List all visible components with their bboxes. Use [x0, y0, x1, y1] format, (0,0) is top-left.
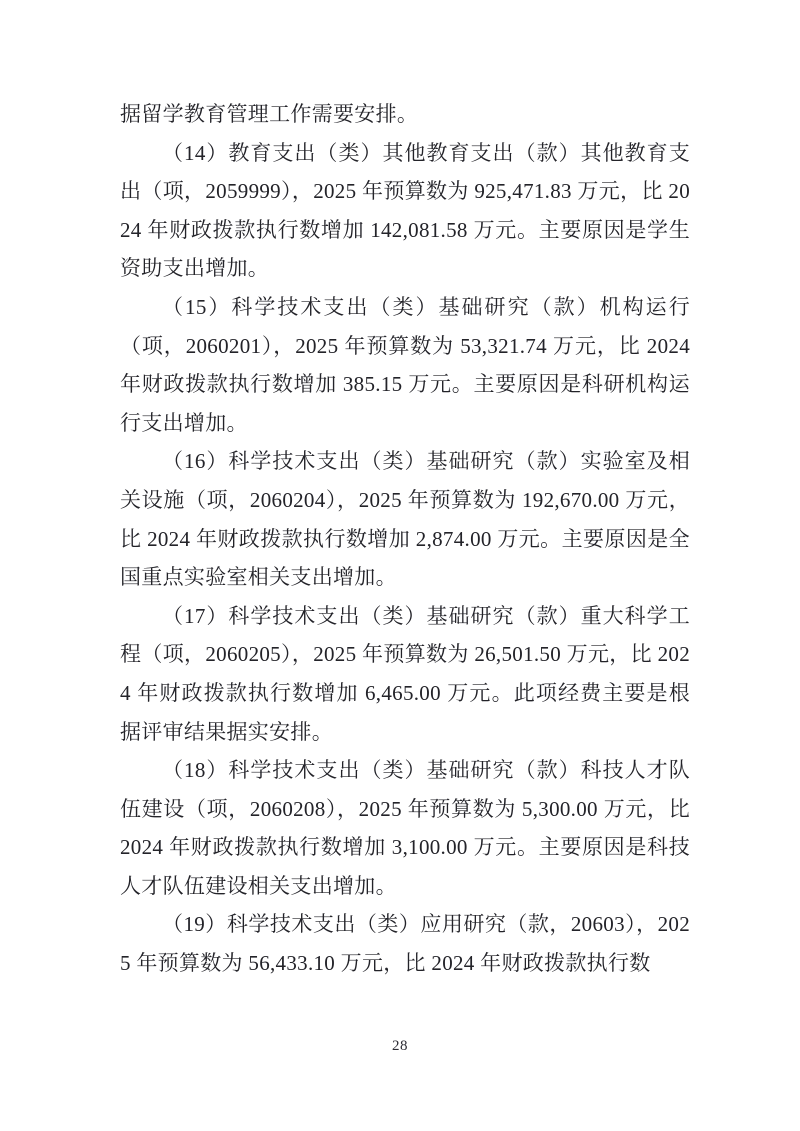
paragraph-item-14: （14）教育支出（类）其他教育支出（款）其他教育支出（项，2059999），20… — [120, 134, 690, 288]
page-number: 28 — [0, 1038, 800, 1055]
paragraph-item-16: （16）科学技术支出（类）基础研究（款）实验室及相关设施（项，2060204），… — [120, 442, 690, 596]
paragraph-item-15: （15）科学技术支出（类）基础研究（款）机构运行（项，2060201），2025… — [120, 288, 690, 442]
paragraph-item-18: （18）科学技术支出（类）基础研究（款）科技人才队伍建设（项，2060208），… — [120, 751, 690, 905]
document-page: 据留学教育管理工作需要安排。 （14）教育支出（类）其他教育支出（款）其他教育支… — [0, 0, 800, 1131]
document-body: 据留学教育管理工作需要安排。 （14）教育支出（类）其他教育支出（款）其他教育支… — [120, 95, 690, 983]
paragraph-continuation: 据留学教育管理工作需要安排。 — [120, 95, 690, 134]
paragraph-item-19: （19）科学技术支出（类）应用研究（款，20603），2025 年预算数为 56… — [120, 905, 690, 982]
paragraph-item-17: （17）科学技术支出（类）基础研究（款）重大科学工程（项，2060205），20… — [120, 597, 690, 751]
